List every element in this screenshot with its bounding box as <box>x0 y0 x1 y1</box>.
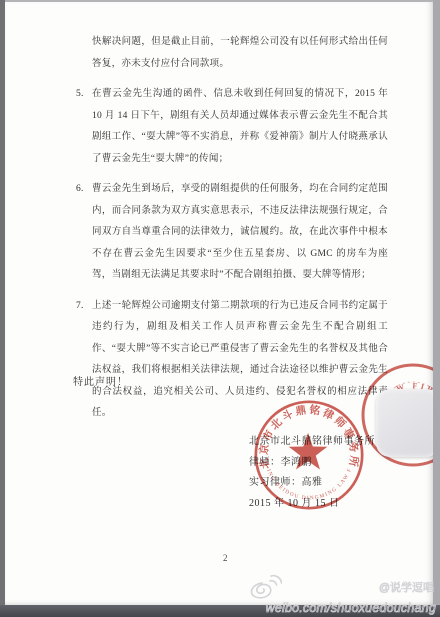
paragraph-tail: 快解决问题，但是截止目前，一轮辉煌公司没有以任何形式给出任何答复，亦未支付应付合… <box>92 32 388 75</box>
list-item-text: 曹云金先生到场后，享受的剧组提供的任何服务，均在合同约定范围内，而合同条款为双方… <box>92 179 388 287</box>
weibo-logo-icon <box>248 573 282 601</box>
watermark: @说学逗唱 weibo.com/shuoxuedouchang <box>248 573 438 615</box>
screenshot-root: { "document": { "paragraph_tail": "快解决问题… <box>0 0 440 617</box>
list-item: 7. 上述一轮辉煌公司逾期支付第二期款项的行为已违反合同书约定属于违约行为，剧组… <box>76 296 388 425</box>
photo-edge-right <box>433 0 440 617</box>
watermark-handle: @说学逗唱 <box>379 579 434 595</box>
signature-date: 2015 年 10 月 15 日 <box>249 494 419 515</box>
sticker-overlay <box>376 389 433 457</box>
list-item-number: 6. <box>76 179 92 287</box>
document-page: 快解决问题，但是截止目前，一轮辉煌公司没有以任何形式给出任何答复，亦未支付应付合… <box>5 2 433 605</box>
list-item-text: 上述一轮辉煌公司逾期支付第二期款项的行为已违反合同书约定属于违约行为，剧组及相关… <box>92 296 388 425</box>
list-item: 5. 在曹云金先生沟通的函件、信息未收到任何回复的情况下，2015 年 10 月… <box>76 84 388 170</box>
watermark-url: weibo.com/shuoxuedouchang <box>266 601 436 615</box>
list-item: 6. 曹云金先生到场后，享受的剧组提供的任何服务，均在合同约定范围内，而合同条款… <box>76 179 388 287</box>
list-item-number: 5. <box>76 84 92 170</box>
closing-statement: 特此声明！ <box>73 373 128 388</box>
intern-lawyer-name: 实习律师：高雅 <box>249 473 419 494</box>
list-item-number: 7. <box>76 296 92 425</box>
page-number: 2 <box>223 553 228 563</box>
document-body: 快解决问题，但是截止目前，一轮辉煌公司没有以任何形式给出任何答复，亦未支付应付合… <box>76 32 388 425</box>
list-item-text: 在曹云金先生沟通的函件、信息未收到任何回复的情况下，2015 年 10 月 14… <box>92 84 388 170</box>
